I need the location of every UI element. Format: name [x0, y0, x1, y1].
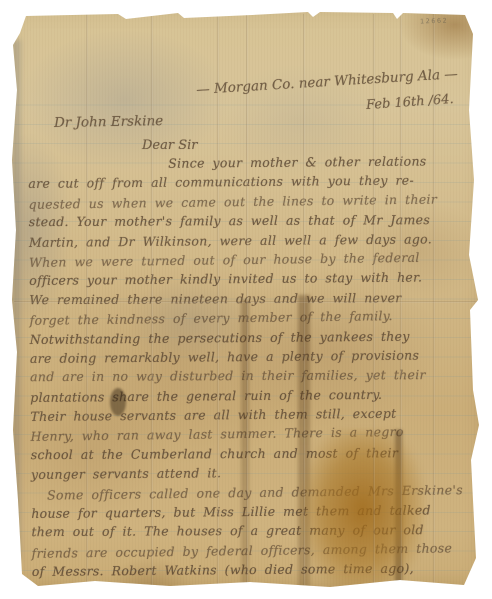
letter-recipient: Dr John Erskine — [54, 113, 163, 131]
scanned-letter-image: 12662 — Morgan Co. near Whitesburg Ala —… — [0, 0, 492, 599]
left-edge-stain — [12, 40, 21, 560]
letter-salutation: Dear Sir — [142, 138, 198, 153]
letter-body: Since your mother & other relations are … — [28, 151, 470, 581]
letter-paper: 12662 — Morgan Co. near Whitesburg Ala —… — [0, 0, 492, 599]
letter-place-line: — Morgan Co. near Whitesburg Ala — — [196, 66, 459, 98]
archive-pencil-number: 12662 — [420, 17, 448, 26]
letter-date-line: Feb 16th /64. — [366, 92, 455, 113]
letter-line: officers your mother kindly invited us t… — [29, 267, 467, 290]
letter-line: of Messrs. Robert Watkins (who died some… — [32, 558, 470, 581]
